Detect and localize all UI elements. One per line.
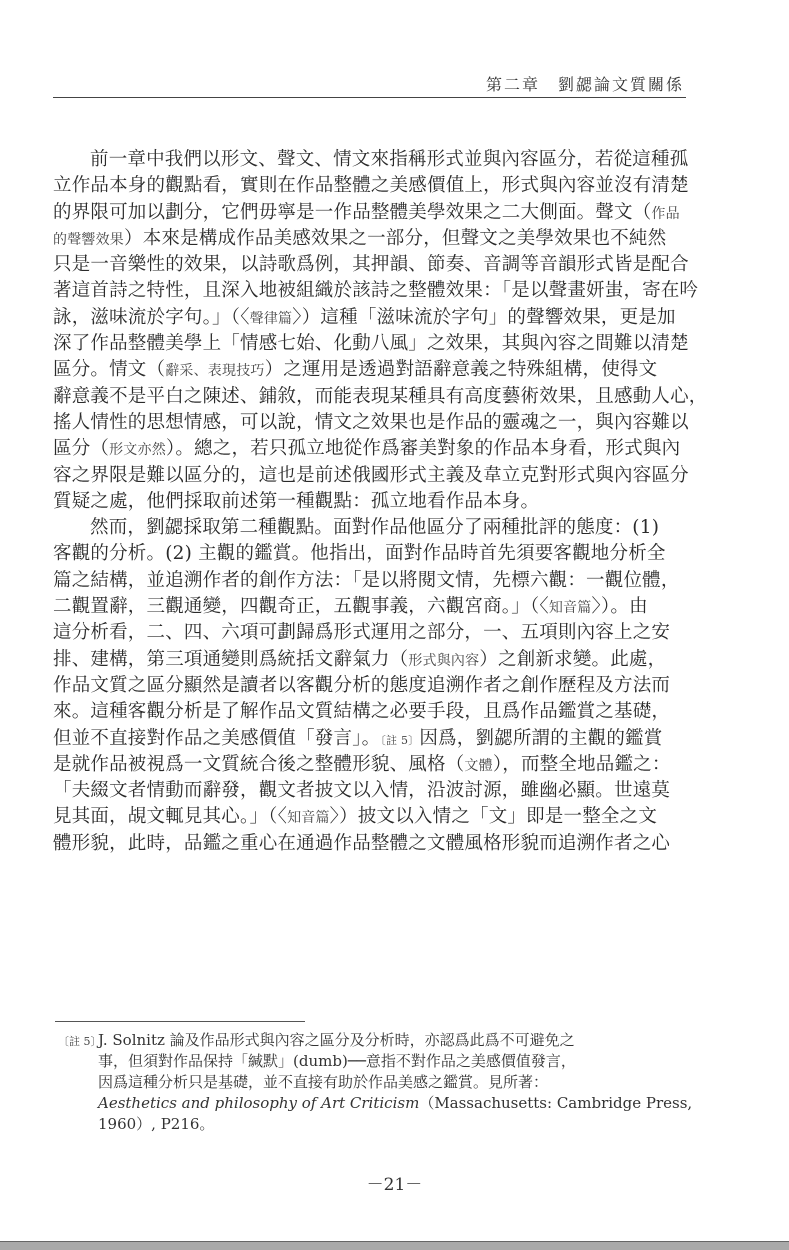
- body-text: 前一章中我們以形文、聲文、情文來指稱形式並與內容區分，若從這種孤立作品本身的觀點…: [53, 147, 693, 857]
- book-title: Aesthetics and philosophy of Art Critici…: [98, 1094, 419, 1112]
- line-text: 〉）這種「滋味流於字句」的聲響效果，更是加: [292, 307, 675, 328]
- footnote-mark: 〔註 5〕: [58, 1031, 98, 1052]
- body-line: 排、建構，第三項通變則爲統括文辭氣力（形式與內容）之創新求變。此處，: [53, 647, 693, 673]
- body-line: 容之界限是難以區分的，這也是前述俄國形式主義及韋立克對形式與內容區分: [53, 463, 693, 489]
- footnote-line: 事，但須對作品保持「緘默」(dumb)──意指不對作品之美感價值發言，: [58, 1051, 698, 1072]
- line-text: 是就作品被視爲一文質統合後之整體形貌、風格（: [53, 754, 464, 775]
- body-line: 質疑之處，他們採取前述第一種觀點：孤立地看作品本身。: [53, 489, 693, 515]
- footnote-line: 1960）, P216。: [58, 1114, 698, 1135]
- line-text: 二觀置辭，三觀通變，四觀奇正，五觀事義，六觀宮商。」（〈: [53, 596, 549, 617]
- header-rule: [53, 97, 686, 98]
- line-text: ），而整全地品鑑之：: [493, 754, 671, 775]
- line-text: 但並不直接對作品之美感價值「發言」。: [53, 728, 380, 749]
- inline-annotation: 文體: [464, 758, 492, 774]
- line-text: 因爲，劉勰所謂的主觀的鑑賞: [419, 728, 662, 749]
- body-line: 只是一音樂性的效果，以詩歌爲例，其押韻、節奏、音調等音韻形式皆是配合: [53, 252, 693, 278]
- line-text: 區分（: [53, 438, 109, 459]
- footnote-rule: [55, 1021, 305, 1022]
- inline-annotation: 知音篇: [287, 810, 330, 826]
- body-line: 區分。情文（辭采、表現技巧）之運用是透過對語辭意義之特殊組構，使得文: [53, 357, 693, 383]
- body-line: 這分析看，二、四、六項可劃歸爲形式運用之部分，一、五項則內容上之安: [53, 620, 693, 646]
- line-text: 見其面，覘文輒見其心。」（〈: [53, 806, 287, 827]
- line-text: ）之運用是透過對語辭意義之特殊組構，使得文: [265, 359, 658, 380]
- inline-annotation: 的聲響效果: [53, 232, 124, 248]
- body-line: 的界限可加以劃分，它們毋寧是一作品整體美學效果之二大側面。聲文（作品: [53, 200, 693, 226]
- body-line: 著這首詩之特性，且深入地被組織於該詩之整體效果：「是以聲畫妍蚩，寄在吟: [53, 278, 693, 304]
- body-line: 辭意義不是平白之陳述、鋪敘，而能表現某種具有高度藝術效果，且感動人心，: [53, 384, 693, 410]
- line-text: ）之創新求變。此處，: [479, 649, 666, 670]
- line-text: 排、建構，第三項通變則爲統括文辭氣力（: [53, 649, 408, 670]
- body-line: 深了作品整體美學上「情感七始、化動八風」之效果，其與內容之間難以清楚: [53, 331, 693, 357]
- body-line: 前一章中我們以形文、聲文、情文來指稱形式並與內容區分，若從這種孤: [53, 147, 693, 173]
- footnote: 〔註 5〕J. Solnitz 論及作品形式與內容之區分及分析時，亦認爲此爲不可…: [58, 1030, 698, 1135]
- page-number: －21－: [0, 1170, 789, 1195]
- body-line: 篇之結構，並追溯作者的創作方法：「是以將閱文情，先標六觀：一觀位體，: [53, 568, 693, 594]
- body-line: 但並不直接對作品之美感價值「發言」。〔註 5〕因爲，劉勰所謂的主觀的鑑賞: [53, 726, 693, 752]
- footnote-reference[interactable]: 〔註 5〕: [380, 734, 419, 747]
- line-text: 詠，滋味流於字句。」（〈: [53, 307, 250, 328]
- body-line: 然而，劉勰採取第二種觀點。面對作品他區分了兩種批評的態度：(1): [53, 515, 693, 541]
- body-line: 來。這種客觀分析是了解作品文質結構之必要手段，且爲作品鑑賞之基礎，: [53, 699, 693, 725]
- body-line: 見其面，覘文輒見其心。」（〈知音篇〉）披文以入情之「文」即是一整全之文: [53, 804, 693, 830]
- footnote-line: 〔註 5〕J. Solnitz 論及作品形式與內容之區分及分析時，亦認爲此爲不可…: [58, 1030, 698, 1051]
- line-text: ）本來是構成作品美感效果之一部分，但聲文之美學效果也不純然: [124, 228, 666, 249]
- footnote-line: 因爲這種分析只是基礎，並不直接有助於作品美感之鑑賞。見所著：: [58, 1072, 698, 1093]
- body-line: 詠，滋味流於字句。」（〈聲律篇〉）這種「滋味流於字句」的聲響效果，更是加: [53, 305, 693, 331]
- viewer-bottom-bar: [0, 1241, 789, 1250]
- footnote-line: Aesthetics and philosophy of Art Critici…: [58, 1093, 698, 1114]
- line-text: ）。總之，若只孤立地從作爲審美對象的作品本身看，形式與內: [166, 438, 680, 459]
- body-line: 區分（形文亦然）。總之，若只孤立地從作爲審美對象的作品本身看，形式與內: [53, 436, 693, 462]
- body-line: 搖人情性的思想情感，可以說，情文之效果也是作品的靈魂之一，與內容難以: [53, 410, 693, 436]
- body-line: 二觀置辭，三觀通變，四觀奇正，五觀事義，六觀宮商。」（〈知音篇〉）。由: [53, 594, 693, 620]
- body-line: 是就作品被視爲一文質統合後之整體形貌、風格（文體），而整全地品鑑之：: [53, 752, 693, 778]
- line-text: 的界限可加以劃分，它們毋寧是一作品整體美學效果之二大側面。聲文（: [53, 202, 651, 223]
- body-line: 立作品本身的觀點看，實則在作品整體之美感價值上，形式與內容並沒有清楚: [53, 173, 693, 199]
- inline-annotation: 作品: [651, 206, 679, 222]
- line-text: 〉）披文以入情之「文」即是一整全之文: [330, 806, 657, 827]
- inline-annotation: 辭采、表現技巧: [165, 363, 264, 379]
- body-line: 「夫綴文者情動而辭發，觀文者披文以入情，沿波討源，雖幽必顯。世遠莫: [53, 778, 693, 804]
- body-line: 的聲響效果）本來是構成作品美感效果之一部分，但聲文之美學效果也不純然: [53, 226, 693, 252]
- body-line: 作品文質之區分顯然是讀者以客觀分析的態度追溯作者之創作歷程及方法而: [53, 673, 693, 699]
- inline-annotation: 知音篇: [549, 600, 592, 616]
- citation-publisher: （Massachusetts: Cambridge Press,: [419, 1094, 692, 1112]
- body-line: 體形貌，此時，品鑑之重心在通過作品整體之文體風格形貌而追溯作者之心: [53, 831, 693, 857]
- inline-annotation: 形式與內容: [408, 653, 479, 669]
- body-line: 客觀的分析。(2) 主觀的鑑賞。他指出，面對作品時首先須要客觀地分析全: [53, 541, 693, 567]
- running-header-title: 第二章 劉勰論文質關係: [486, 72, 684, 95]
- footnote-text: J. Solnitz 論及作品形式與內容之區分及分析時，亦認爲此爲不可避免之: [98, 1031, 575, 1049]
- line-text: 〉）。由: [591, 596, 647, 617]
- inline-annotation: 形文亦然: [109, 442, 166, 458]
- inline-annotation: 聲律篇: [250, 311, 293, 327]
- line-text: 區分。情文（: [53, 359, 165, 380]
